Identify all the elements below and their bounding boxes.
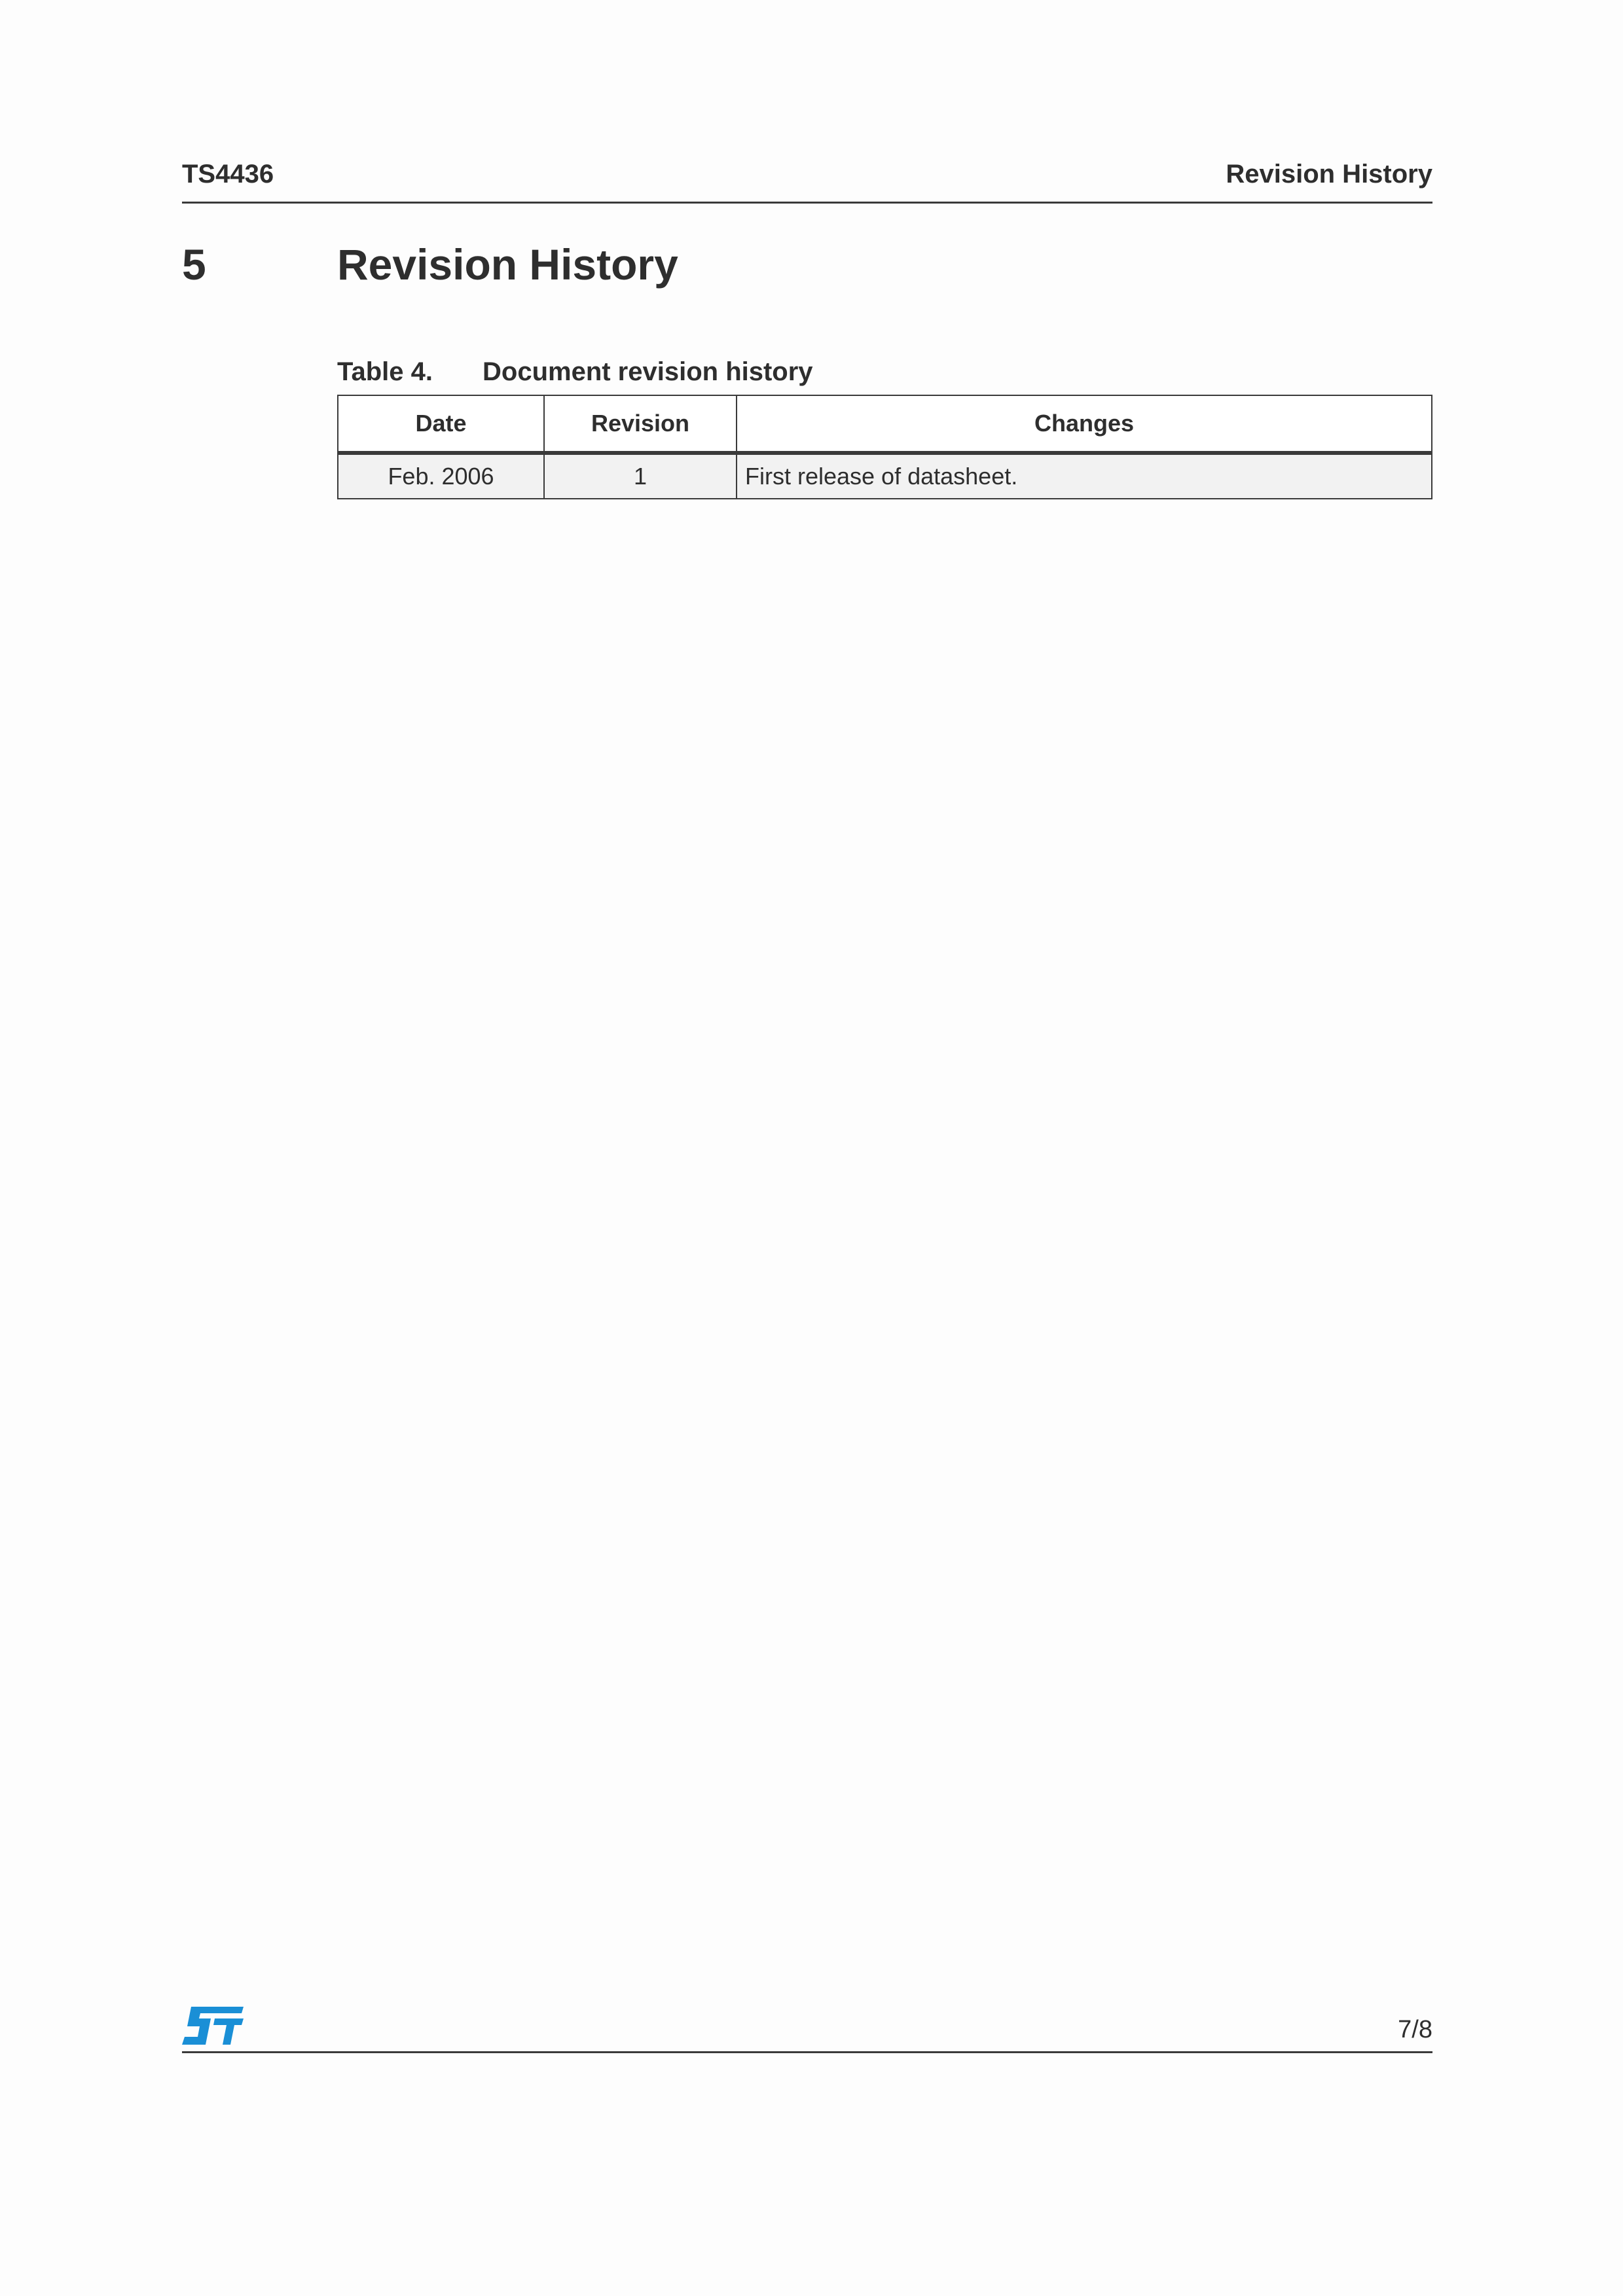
revision-history-table: Date Revision Changes Feb. 2006 1 First …	[337, 395, 1432, 499]
table-caption-title: Document revision history	[483, 357, 813, 386]
table-header-row: Date Revision Changes	[338, 395, 1432, 453]
page-number: 7/8	[1398, 2016, 1432, 2044]
document-id: TS4436	[182, 160, 274, 189]
table-caption-number: Table 4.	[337, 357, 483, 387]
chapter-title: Revision History	[337, 240, 678, 289]
cell-date: Feb. 2006	[338, 453, 544, 499]
page-footer: 7/8	[182, 1996, 1432, 2053]
st-logo-icon	[182, 2005, 245, 2046]
table-caption: Table 4.Document revision history	[337, 357, 813, 387]
cell-changes: First release of datasheet.	[737, 453, 1432, 499]
column-header-changes: Changes	[737, 395, 1432, 453]
chapter-number: 5	[182, 240, 206, 289]
table-row: Feb. 2006 1 First release of datasheet.	[338, 453, 1432, 499]
running-section-title: Revision History	[1226, 160, 1432, 189]
page-header: TS4436 Revision History	[182, 156, 1432, 204]
column-header-revision: Revision	[544, 395, 737, 453]
column-header-date: Date	[338, 395, 544, 453]
cell-revision: 1	[544, 453, 737, 499]
